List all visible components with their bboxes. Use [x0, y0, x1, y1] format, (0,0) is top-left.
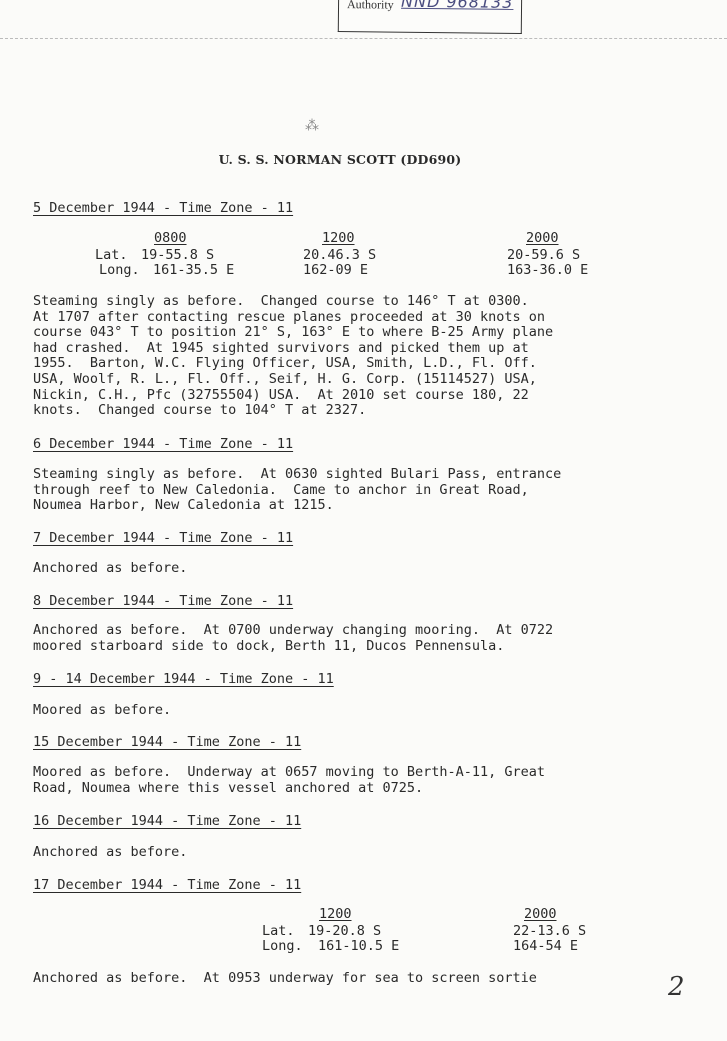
- lat-2000: 20-59.6 S: [507, 248, 580, 263]
- entry-header-15-dec: 15 December 1944 - Time Zone - 11: [33, 734, 301, 750]
- entry-header-9-14-dec: 9 - 14 December 1944 - Time Zone - 11: [33, 671, 334, 687]
- declassification-stamp: Authority NND 968133: [338, 0, 522, 34]
- entry-text-16-dec: Anchored as before.: [33, 845, 673, 861]
- lat-1200: 20.46.3 S: [303, 248, 376, 263]
- lat-label: Lat.: [95, 248, 128, 263]
- position-time-1200-17dec: 1200: [319, 907, 352, 922]
- lat-label-17dec: Lat.: [262, 924, 295, 939]
- long-1200-17dec: 161-10.5 E: [318, 939, 399, 954]
- entry-text-9-14-dec: Moored as before.: [33, 703, 673, 719]
- long-0800: 161-35.5 E: [153, 263, 234, 278]
- entry-text-15-dec: Moored as before. Underway at 0657 movin…: [33, 765, 673, 796]
- lat-2000-17dec: 22-13.6 S: [513, 924, 586, 939]
- entry-header-8-dec: 8 December 1944 - Time Zone - 11: [33, 593, 293, 609]
- long-label: Long.: [99, 263, 140, 278]
- long-2000-17dec: 164-54 E: [513, 939, 578, 954]
- entry-text-7-dec: Anchored as before.: [33, 561, 673, 577]
- entry-header-7-dec: 7 December 1944 - Time Zone - 11: [33, 530, 293, 546]
- page-top-divider: [0, 38, 727, 39]
- page-number: 2: [668, 972, 685, 1002]
- lat-0800: 19-55.8 S: [141, 248, 214, 263]
- entry-header-6-dec: 6 December 1944 - Time Zone - 11: [33, 436, 293, 452]
- stamp-authority-number: NND 968133: [401, 0, 514, 12]
- entry-text-6-dec: Steaming singly as before. At 0630 sight…: [33, 467, 673, 514]
- stamp-label: Authority: [347, 0, 394, 13]
- long-label-17dec: Long.: [262, 939, 303, 954]
- position-time-1200: 1200: [322, 231, 355, 246]
- long-1200: 162-09 E: [303, 263, 368, 278]
- ink-mark: ⁂: [305, 118, 319, 134]
- position-time-0800: 0800: [154, 231, 187, 246]
- position-time-2000: 2000: [526, 231, 559, 246]
- entry-text-5-dec: Steaming singly as before. Changed cours…: [33, 294, 673, 419]
- entry-header-16-dec: 16 December 1944 - Time Zone - 11: [33, 813, 301, 829]
- entry-text-8-dec: Anchored as before. At 0700 underway cha…: [33, 623, 673, 654]
- page-title: U. S. S. NORMAN SCOTT (DD690): [0, 152, 680, 167]
- long-2000: 163-36.0 E: [507, 263, 588, 278]
- entry-header-5-dec: 5 December 1944 - Time Zone - 11: [33, 200, 293, 216]
- position-time-2000-17dec: 2000: [524, 907, 557, 922]
- entry-header-17-dec: 17 December 1944 - Time Zone - 11: [33, 877, 301, 893]
- entry-text-17-dec: Anchored as before. At 0953 underway for…: [33, 971, 673, 987]
- lat-1200-17dec: 19-20.8 S: [308, 924, 381, 939]
